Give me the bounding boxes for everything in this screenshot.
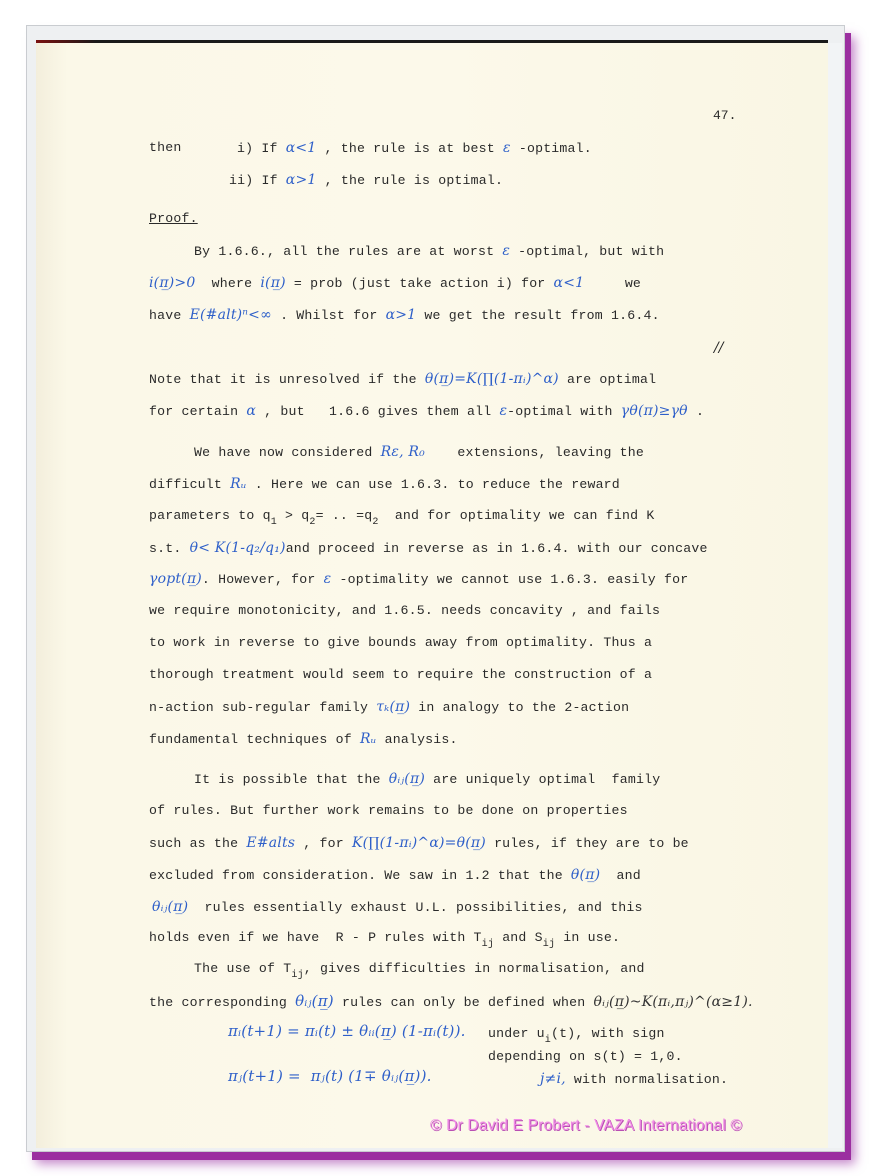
text-span: we get the result from 1.6.4. — [416, 308, 659, 323]
handwritten-formula: γopt(π̲) — [149, 571, 202, 587]
text-span: and — [600, 868, 641, 883]
text-span: are optimal — [559, 372, 656, 387]
text-line: γopt(π̲). However, for ε -optimality we … — [149, 571, 688, 587]
text-line: have E(#alt)ⁿ<∞ . Whilst for α>1 we get … — [149, 307, 660, 323]
text-line: excluded from consideration. We saw in 1… — [149, 867, 641, 883]
text-span: Note that it is unresolved if the — [149, 372, 425, 387]
text-span: , gives difficulties in normalisation, a… — [304, 961, 645, 976]
text-line: under ui(t), with sign — [488, 1026, 665, 1041]
text-span: By 1.6.6., all the rules are at worst — [194, 244, 502, 259]
page-number: 47. — [713, 108, 736, 123]
case-ii-text: , the rule is optimal. — [317, 173, 504, 188]
case-i-end: -optimal. — [511, 141, 592, 156]
text-span: , for — [295, 836, 352, 851]
paper-page — [36, 40, 828, 1148]
subscript: ij — [543, 939, 555, 950]
text-line: for certain α , but 1.6.6 gives them all… — [149, 403, 704, 419]
handwritten-epsilon: ε — [503, 140, 511, 156]
text-span: difficult — [149, 477, 230, 492]
text-line: we require monotonicity, and 1.6.5. need… — [149, 603, 660, 618]
text-span: -optimality we cannot use 1.6.3. easily … — [331, 572, 688, 587]
handwritten-formula: θᵢⱼ(π̲)~K(πᵢ,πⱼ)^(α≥1). — [594, 994, 753, 1010]
top-rule-red-tint — [36, 40, 96, 43]
copyright-watermark: © Dr David E Probert - VAZA Internationa… — [430, 1117, 742, 1135]
text-span: extensions, leaving the — [425, 445, 644, 460]
text-line-case-ii: ii) If α>1 , the rule is optimal. — [229, 172, 503, 188]
handwritten-formula: Rᵤ — [360, 731, 377, 747]
text-line: We have now considered Rε, R₀ extensions… — [194, 444, 644, 460]
text-span: n-action sub-regular family — [149, 700, 376, 715]
handwritten-formula: Rᵤ — [230, 476, 247, 492]
text-span: rules essentially exhaust U.L. possibili… — [188, 900, 642, 915]
text-span: are uniquely optimal family — [425, 772, 660, 787]
text-line: Note that it is unresolved if the θ(π̲)=… — [149, 371, 656, 387]
text-line: difficult Rᵤ . Here we can use 1.6.3. to… — [149, 476, 620, 492]
text-span: -optimal with — [507, 404, 621, 419]
text-span: in use. — [555, 930, 620, 945]
handwritten-formula: E#alts — [246, 835, 295, 851]
text-span: holds even if we have R - P rules with T — [149, 930, 482, 945]
handwritten-formula: E(#alt)ⁿ<∞ — [190, 307, 272, 323]
text-span: with normalisation. — [566, 1072, 728, 1087]
text-span: We have now considered — [194, 445, 381, 460]
text-span: and proceed in reverse as in 1.6.4. with… — [286, 541, 708, 556]
handwritten-formula: θᵢⱼ(π̲) — [152, 899, 188, 915]
text-span: rules can only be defined when — [334, 995, 594, 1010]
handwritten-formula: i(π̲) — [260, 275, 285, 291]
subscript: ij — [291, 970, 303, 981]
text-line: n-action sub-regular family τₖ(π̲) in an… — [149, 699, 629, 715]
qed-mark: // — [714, 340, 723, 356]
text-span: . Whilst for — [272, 308, 386, 323]
text-line: i(π̲)>0 where i(π̲) = prob (just take ac… — [149, 275, 641, 291]
text-line-then: then — [149, 140, 181, 155]
text-line: to work in reverse to give bounds away f… — [149, 635, 652, 650]
text-span: such as the — [149, 836, 246, 851]
text-line: By 1.6.6., all the rules are at worst ε … — [194, 243, 664, 259]
handwritten-formula: θ(π̲) — [571, 867, 600, 883]
text-span: The use of T — [194, 961, 291, 976]
text-span: rules, if they are to be — [486, 836, 689, 851]
handwritten-formula: Rε, R₀ — [381, 444, 425, 460]
text-line-case-i: i) If α<1 , the rule is at best ε -optim… — [237, 140, 592, 156]
handwritten-formula: i(π̲)>0 — [149, 275, 195, 291]
text-line: The use of Tij, gives difficulties in no… — [194, 961, 645, 976]
handwritten-formula: θᵢⱼ(π̲) — [295, 992, 334, 1010]
text-line: j≠i, with normalisation. — [540, 1071, 728, 1087]
text-line: such as the E#alts , for K(∏(1-πᵢ)^α)=θ(… — [149, 835, 689, 851]
text-line: depending on s(t) = 1,0. — [488, 1049, 683, 1064]
text-span: for certain — [149, 404, 246, 419]
text-line: θᵢⱼ(π̲) rules essentially exhaust U.L. p… — [152, 899, 643, 915]
subscript: 2 — [309, 517, 315, 528]
handwritten-formula: θ< K(1-q₂/q₁) — [190, 540, 286, 556]
text-line: s.t. θ< K(1-q₂/q₁)and proceed in reverse… — [149, 540, 708, 556]
handwritten-formula: τₖ(π̲) — [376, 699, 410, 715]
case-i-label: i) If — [237, 141, 286, 156]
handwritten-formula: θᵢⱼ(π̲) — [389, 771, 425, 787]
handwritten-alpha-gt-1: α>1 — [286, 172, 317, 188]
text-span: , but 1.6.6 gives them all — [256, 404, 499, 419]
text-span: the corresponding — [149, 995, 295, 1010]
text-line: holds even if we have R - P rules with T… — [149, 930, 620, 945]
handwritten-epsilon: ε — [499, 403, 507, 419]
handwritten-formula: α>1 — [386, 307, 417, 323]
text-span: > q — [277, 508, 309, 523]
then-word: then — [149, 140, 181, 155]
text-span: analysis. — [377, 732, 458, 747]
text-span: in analogy to the 2-action — [410, 700, 629, 715]
handwritten-formula: α<1 — [554, 275, 585, 291]
text-span: excluded from consideration. We saw in 1… — [149, 868, 571, 883]
text-line: the corresponding θᵢⱼ(π̲) rules can only… — [149, 992, 753, 1010]
text-span: we — [584, 276, 641, 291]
text-span: . — [688, 404, 704, 419]
top-rule-line — [36, 40, 828, 43]
case-ii-label: ii) If — [229, 173, 286, 188]
handwritten-equation-i: πᵢ(t+1) = πᵢ(t) ± θᵢᵢ(π̲) (1-πᵢ(t)). — [228, 1022, 466, 1040]
handwritten-alpha-lt-1: α<1 — [286, 140, 317, 156]
text-line: fundamental techniques of Rᵤ analysis. — [149, 731, 458, 747]
proof-heading: Proof. — [149, 211, 198, 226]
handwritten-equation-j: πⱼ(t+1) = πⱼ(t) (1∓ θᵢⱼ(π̲)). — [228, 1067, 432, 1085]
subscript: 2 — [372, 517, 378, 528]
text-line: thorough treatment would seem to require… — [149, 667, 652, 682]
handwritten-formula: K(∏(1-πᵢ)^α)=θ(π̲) — [352, 835, 486, 851]
case-i-text: , the rule is at best — [316, 141, 503, 156]
text-span: . However, for — [202, 572, 324, 587]
text-span: where — [195, 276, 260, 291]
text-span: = .. =q — [316, 508, 373, 523]
text-span: . Here we can use 1.6.3. to reduce the r… — [247, 477, 620, 492]
text-span: and S — [494, 930, 543, 945]
subscript: ij — [482, 939, 494, 950]
text-line: parameters to q1 > q2= .. =q2 and for op… — [149, 508, 654, 523]
text-span: under u — [488, 1026, 545, 1041]
text-line: It is possible that the θᵢⱼ(π̲) are uniq… — [194, 771, 660, 787]
handwritten-epsilon: ε — [502, 243, 510, 259]
text-span: = prob (just take action i) for — [286, 276, 554, 291]
text-span: fundamental techniques of — [149, 732, 360, 747]
handwritten-formula: j≠i, — [540, 1071, 566, 1087]
handwritten-formula: θ(π̲)=K(∏(1-πᵢ)^α) — [425, 371, 559, 387]
text-span: -optimal, but with — [510, 244, 664, 259]
subscript: 1 — [271, 517, 277, 528]
subscript: i — [545, 1035, 551, 1046]
text-line: of rules. But further work remains to be… — [149, 803, 628, 818]
text-span: and for optimality we can find K — [379, 508, 655, 523]
text-span: s.t. — [149, 541, 190, 556]
handwritten-alpha: α — [246, 403, 256, 419]
paper-right-edge — [828, 43, 842, 1148]
text-span: It is possible that the — [194, 772, 389, 787]
handwritten-formula: γθ(π)≥γθ — [621, 403, 688, 419]
text-span: (t), with sign — [551, 1026, 665, 1041]
text-span: have — [149, 308, 190, 323]
text-span: parameters to q — [149, 508, 271, 523]
